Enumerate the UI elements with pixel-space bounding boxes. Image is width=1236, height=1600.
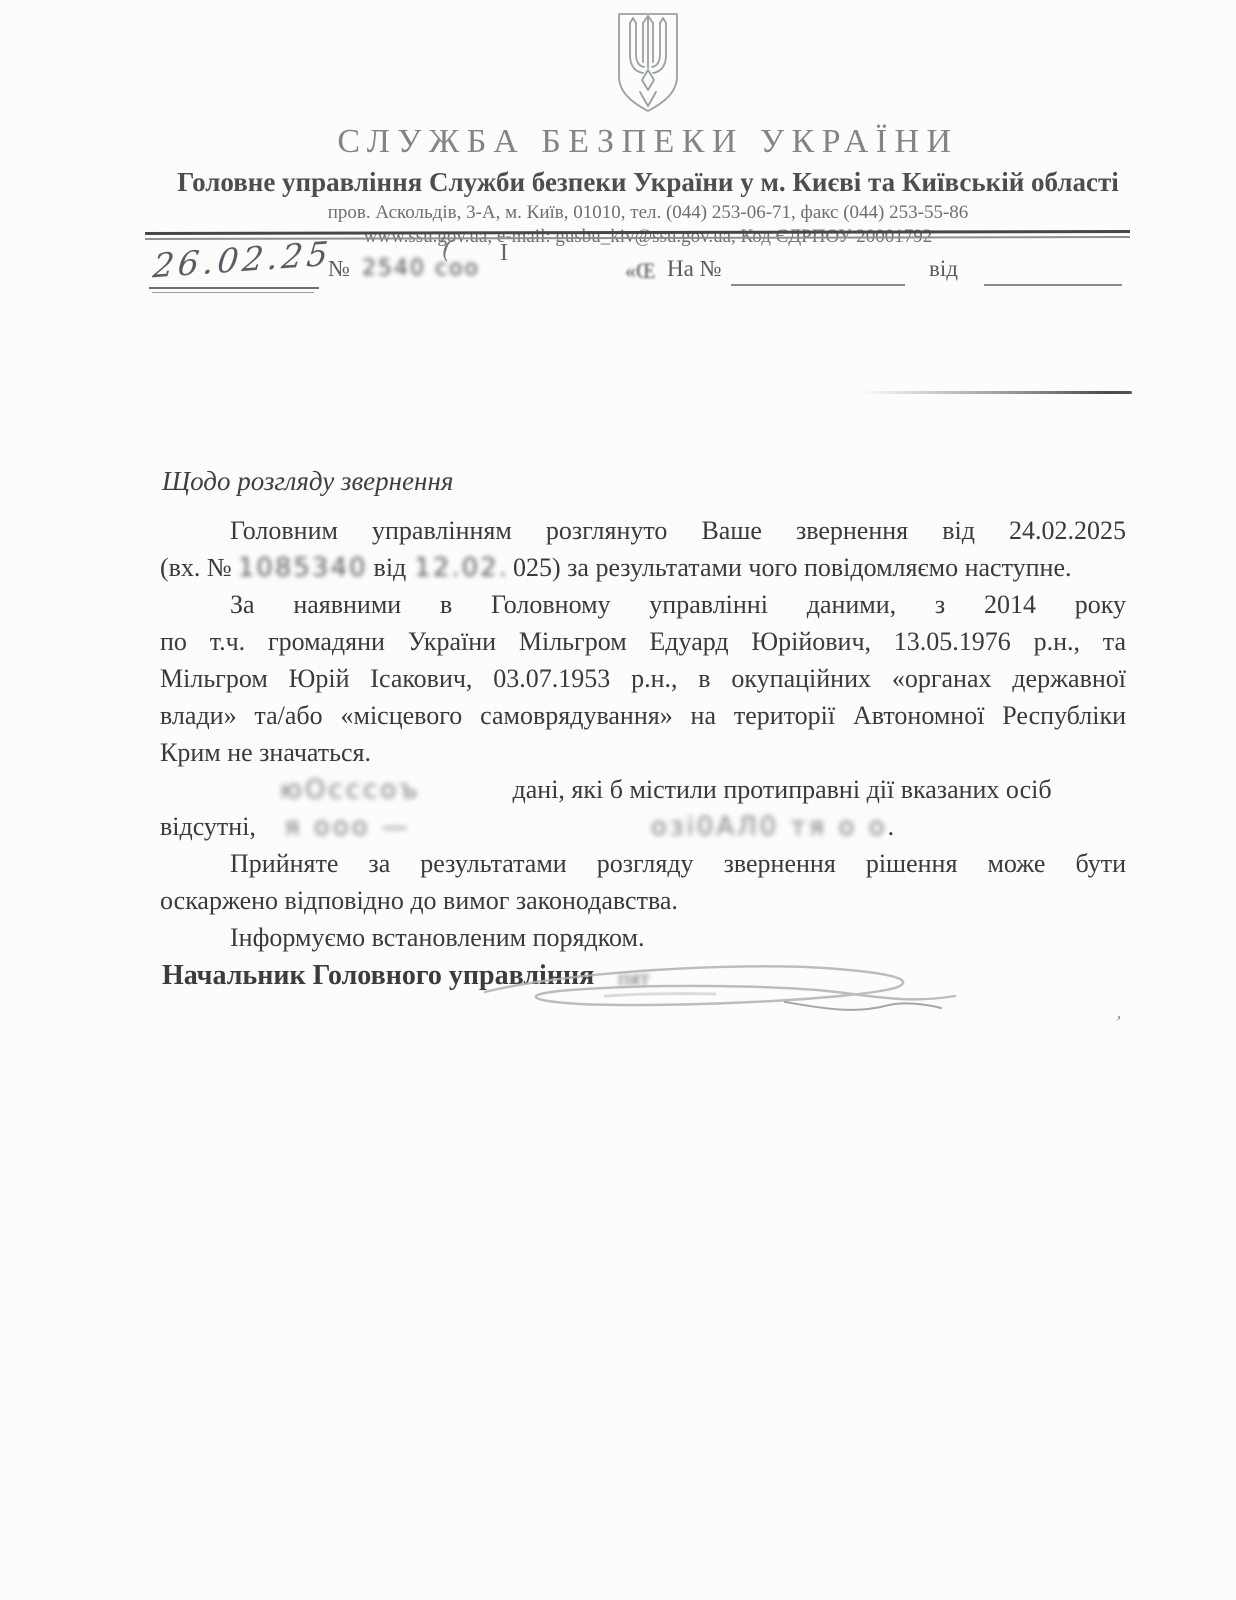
- redacted-incoming-date: 12.02.: [414, 550, 509, 587]
- incoming-number-label: На №: [667, 256, 722, 282]
- incoming-date-label: від: [929, 256, 958, 282]
- organization-title: СЛУЖБА БЕЗПЕКИ УКРАЇНИ: [30, 123, 1236, 161]
- ukraine-trident-emblem: [612, 10, 684, 119]
- p1-text: 025) за результатами чого повідомляємо н…: [513, 553, 1072, 582]
- paragraph-2-line-5: Крим не значаться.: [160, 734, 1126, 771]
- p3-text: .: [888, 812, 895, 841]
- handwritten-signature: [455, 950, 1015, 1045]
- stray-stamp-mark: «Œ: [625, 258, 656, 284]
- p3-text: відсутні,: [160, 812, 256, 841]
- outgoing-number-label: №: [328, 256, 350, 282]
- paragraph-3-line-2: відсутні,я ооо —озі0АЛ0 тя о о.: [160, 808, 1126, 845]
- erased-recipient-line: [860, 391, 1132, 394]
- incoming-date-blank-line: [984, 284, 1122, 286]
- p3-text: дані, які б містили протиправні дії вказ…: [513, 775, 1052, 804]
- department-name: Головне управління Служби безпеки Україн…: [30, 167, 1236, 198]
- scanned-letter-page: СЛУЖБА БЕЗПЕКИ УКРАЇНИ Головне управлінн…: [0, 0, 1236, 1600]
- outgoing-number-illegible: 2540 соо: [362, 256, 480, 281]
- paragraph-1-line-1: Головним управлінням розглянуто Ваше зве…: [160, 512, 1126, 549]
- p1-text: від: [374, 553, 407, 582]
- paragraph-2-line-2: по т.ч. громадяни України Мільгром Едуар…: [160, 623, 1126, 660]
- stray-pen-mark: I: [500, 240, 508, 267]
- letter-body: Головним управлінням розглянуто Ваше зве…: [160, 512, 1126, 956]
- subject-line: Щодо розгляду звернення: [162, 466, 453, 497]
- paragraph-3-line-1: юОсссоъдані, які б містили протиправні д…: [160, 771, 1126, 808]
- address-line: пров. Аскольдів, 3-А, м. Київ, 01010, те…: [30, 202, 1236, 224]
- redacted-scribble: юОсссоъ: [280, 772, 421, 809]
- redacted-incoming-number: 1085340: [238, 550, 368, 587]
- date-underline-thin: [152, 292, 314, 293]
- p1-text: (вх. №: [160, 553, 232, 582]
- paragraph-2-line-1: За наявними в Головному управлінні даним…: [160, 586, 1126, 623]
- paragraph-4-line-2: оскаржено відповідно до вимог законодавс…: [160, 882, 1126, 919]
- date-underline: [149, 287, 319, 289]
- redacted-scribble: озі0АЛ0 тя о о: [651, 809, 888, 846]
- redacted-scribble: я ооо —: [284, 809, 411, 846]
- paragraph-4-line-1: Прийняте за результатами розгляду зверне…: [160, 845, 1126, 882]
- letterhead: СЛУЖБА БЕЗПЕКИ УКРАЇНИ Головне управлінн…: [30, 0, 1236, 248]
- paragraph-1-line-2: (вх. №1085340від12.02.025) за результата…: [160, 549, 1126, 586]
- stray-ink-dot: ʼ: [1111, 1012, 1123, 1036]
- paragraph-2-line-4: влади» та/або «місцевого самоврядування»…: [160, 697, 1126, 734]
- incoming-number-blank-line: [731, 284, 905, 286]
- paragraph-2-line-3: Мільгром Юрій Ісакович, 03.07.1953 р.н.,…: [160, 660, 1126, 697]
